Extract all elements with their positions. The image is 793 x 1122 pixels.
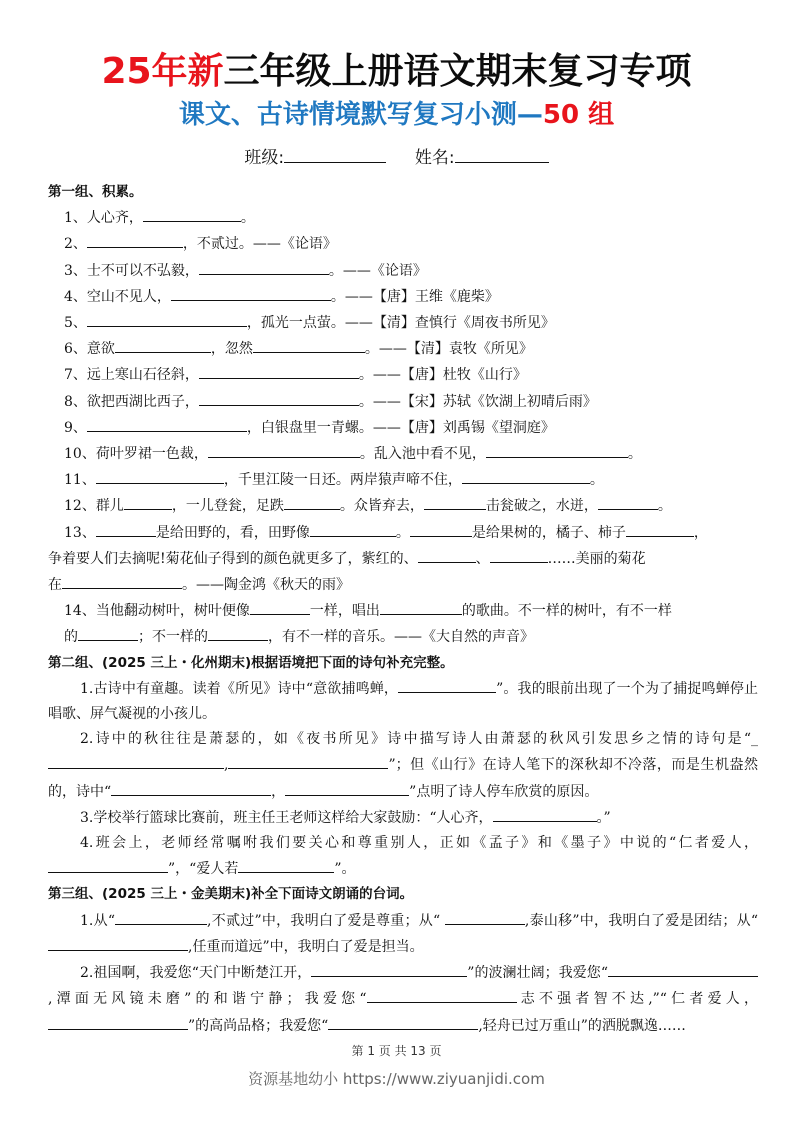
answer-blank[interactable] bbox=[310, 520, 396, 537]
answer-blank[interactable] bbox=[462, 467, 590, 484]
answer-blank[interactable] bbox=[490, 546, 548, 563]
answer-blank[interactable] bbox=[143, 205, 241, 222]
answer-blank[interactable] bbox=[208, 441, 360, 458]
answer-blank[interactable] bbox=[62, 572, 182, 589]
answer-blank[interactable] bbox=[199, 362, 359, 379]
page-number: 第 1 页 共 13 页 bbox=[0, 1042, 793, 1059]
section2-question-3: 3.学校举行篮球比赛前，班主任王老师这样给大家鼓励：“人心齐，。” bbox=[48, 805, 758, 831]
answer-blank[interactable] bbox=[486, 441, 628, 458]
section3-question-2: 2.祖国啊，我爱您“天门中断楚江开，”的波澜壮阔；我爱您“,潭面无风镜未磨”的和… bbox=[48, 960, 758, 1039]
question-3: 3、士不可以不弘毅，。——《论语》 bbox=[48, 258, 758, 284]
name-label: 姓名: bbox=[415, 148, 455, 168]
answer-blank[interactable] bbox=[424, 493, 486, 510]
answer-blank[interactable] bbox=[418, 546, 476, 563]
student-info-line: 班级: 姓名: bbox=[0, 144, 793, 172]
watermark: 资源基地幼小 https://www.ziyuanjidi.com bbox=[0, 1068, 793, 1089]
subtitle-suffix: 50 组 bbox=[543, 100, 614, 130]
answer-blank[interactable] bbox=[87, 310, 247, 327]
answer-blank[interactable] bbox=[328, 1013, 478, 1030]
answer-blank[interactable] bbox=[311, 960, 467, 977]
answer-blank[interactable] bbox=[48, 856, 168, 873]
answer-blank[interactable] bbox=[111, 779, 271, 796]
answer-blank[interactable] bbox=[367, 986, 517, 1003]
answer-blank[interactable] bbox=[380, 598, 462, 615]
answer-blank[interactable] bbox=[250, 598, 310, 615]
answer-blank[interactable] bbox=[78, 624, 138, 641]
answer-blank[interactable] bbox=[115, 908, 207, 925]
section-heading: 第二组、(2025 三上・化州期末)根据语境把下面的诗句补充完整。 bbox=[48, 651, 758, 676]
answer-blank[interactable] bbox=[445, 908, 525, 925]
page-title: 25年新三年级上册语文期末复习专项 bbox=[0, 50, 793, 94]
answer-blank[interactable] bbox=[124, 493, 172, 510]
question-1: 1、人心齐，。 bbox=[48, 205, 758, 231]
answer-blank[interactable] bbox=[285, 779, 409, 796]
answer-blank[interactable] bbox=[208, 624, 268, 641]
answer-blank[interactable] bbox=[48, 1013, 188, 1030]
answer-blank[interactable] bbox=[626, 520, 694, 537]
question-7: 7、远上寒山石径斜，。——【唐】杜牧《山行》 bbox=[48, 362, 758, 388]
question-13-continued: 在。——陶金鸿《秋天的雨》 bbox=[48, 572, 758, 598]
section-heading: 第三组、(2025 三上・金美期末)补全下面诗文朗诵的台词。 bbox=[48, 882, 758, 907]
question-12: 12、群儿，一儿登瓮，足跌。众皆弃去，击瓮破之，水迸，。 bbox=[48, 493, 758, 519]
answer-blank[interactable] bbox=[96, 520, 156, 537]
answer-blank[interactable] bbox=[96, 467, 224, 484]
name-blank[interactable] bbox=[455, 144, 549, 163]
answer-blank[interactable] bbox=[48, 934, 188, 951]
answer-blank[interactable] bbox=[410, 520, 472, 537]
page-subtitle: 课文、古诗情境默写复习小测—50 组 bbox=[0, 97, 793, 133]
title-main: 三年级上册语文期末复习专项 bbox=[224, 51, 692, 92]
question-9: 9、，白银盘里一青螺。——【唐】刘禹锡《望洞庭》 bbox=[48, 415, 758, 441]
answer-blank[interactable] bbox=[253, 336, 365, 353]
section2-question-2: 2.诗中的秋往往是萧瑟的，如《夜书所见》诗中描写诗人由萧瑟的秋风引发思乡之情的诗… bbox=[48, 727, 758, 805]
answer-blank[interactable] bbox=[228, 752, 388, 769]
section3-question-1: 1.从“,不贰过”中，我明白了爱是尊重；从“ ,泰山移”中，我明白了爱是团结；从… bbox=[48, 908, 758, 960]
answer-blank[interactable] bbox=[284, 493, 340, 510]
answer-blank[interactable] bbox=[598, 493, 658, 510]
question-14-continued: 的；不一样的，有不一样的音乐。——《大自然的声音》 bbox=[48, 624, 758, 650]
answer-blank[interactable] bbox=[493, 805, 597, 822]
question-8: 8、欲把西湖比西子，。——【宋】苏轼《饮湖上初晴后雨》 bbox=[48, 389, 758, 415]
class-blank[interactable] bbox=[284, 144, 386, 163]
question-14: 14、当他翻动树叶，树叶便像一样，唱出的歌曲。不一样的树叶，有不一样 bbox=[48, 598, 758, 624]
answer-blank[interactable] bbox=[238, 856, 334, 873]
answer-blank[interactable] bbox=[171, 284, 331, 301]
answer-blank[interactable] bbox=[87, 415, 247, 432]
subtitle-main: 课文、古诗情境默写复习小测— bbox=[179, 100, 543, 130]
question-6: 6、意欲，忽然。——【清】袁牧《所见》 bbox=[48, 336, 758, 362]
question-10: 10、荷叶罗裙一色裁，。乱入池中看不见，。 bbox=[48, 441, 758, 467]
question-13-continued: 争着要人们去摘呢!菊花仙子得到的颜色就更多了，紫红的、、……美丽的菊花 bbox=[48, 546, 758, 572]
question-2: 2、，不贰过。——《论语》 bbox=[48, 231, 758, 257]
question-4: 4、空山不见人，。——【唐】王维《鹿柴》 bbox=[48, 284, 758, 310]
answer-blank[interactable] bbox=[48, 752, 224, 769]
class-label: 班级: bbox=[244, 148, 284, 168]
title-prefix: 25年新 bbox=[101, 51, 223, 92]
answer-blank[interactable] bbox=[608, 960, 758, 977]
section-heading: 第一组、积累。 bbox=[48, 180, 758, 205]
worksheet-body: 第一组、积累。 1、人心齐，。 2、，不贰过。——《论语》 3、士不可以不弘毅，… bbox=[48, 180, 758, 1039]
answer-blank[interactable] bbox=[199, 258, 329, 275]
answer-blank[interactable] bbox=[87, 231, 183, 248]
answer-blank[interactable] bbox=[199, 389, 359, 406]
answer-blank[interactable] bbox=[115, 336, 211, 353]
question-13: 13、是给田野的，看，田野像。是给果树的，橘子、柿子， bbox=[48, 520, 758, 546]
section2-question-1: 1.古诗中有童趣。读着《所见》诗中“意欲捕鸣蝉，”。我的眼前出现了一个为了捕捉鸣… bbox=[48, 676, 758, 727]
question-5: 5、，孤光一点萤。——【清】查慎行《周夜书所见》 bbox=[48, 310, 758, 336]
question-11: 11、，千里江陵一日还。两岸猿声啼不住，。 bbox=[48, 467, 758, 493]
answer-blank[interactable] bbox=[398, 676, 496, 693]
section2-question-4: 4.班会上，老师经常嘱咐我们要关心和尊重别人，正如《孟子》和《墨子》中说的“仁者… bbox=[48, 831, 758, 882]
